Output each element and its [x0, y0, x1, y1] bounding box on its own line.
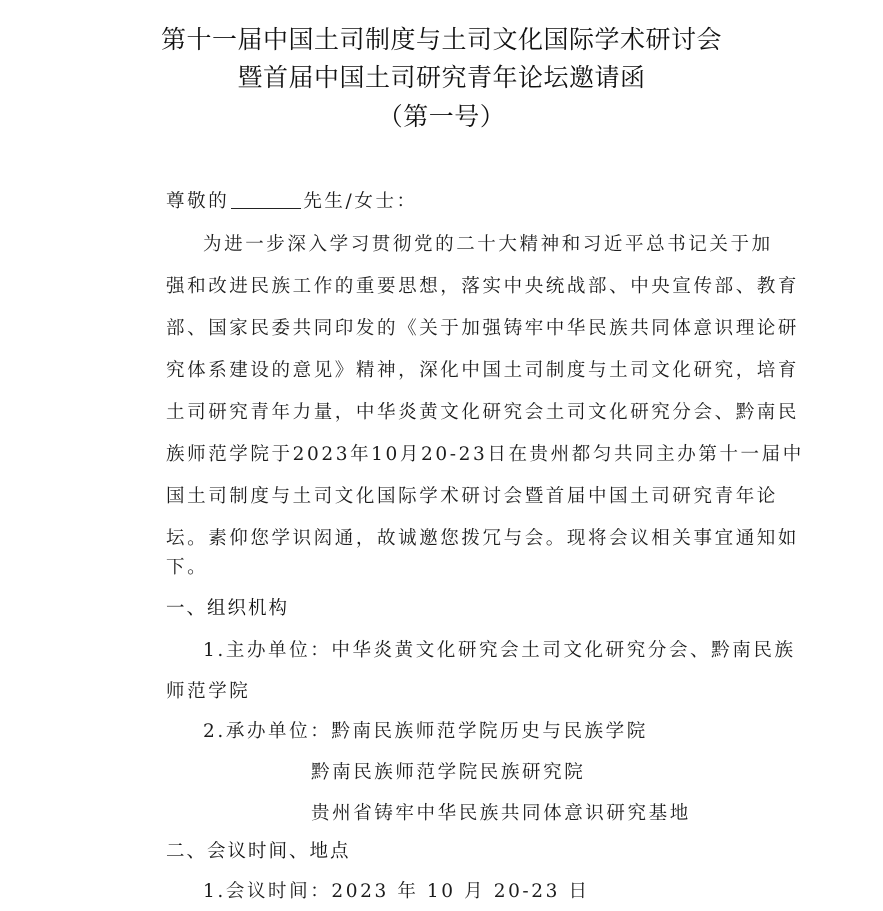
salutation: 尊敬的先生/女士：	[166, 187, 418, 213]
host-unit-line-2: 黔南民族师范学院民族研究院	[311, 758, 585, 784]
host-unit-line-3: 贵州省铸牢中华民族共同体意识研究基地	[311, 799, 691, 825]
title-line-2: 暨首届中国土司研究青年论坛邀请函	[0, 58, 883, 94]
salutation-prefix: 尊敬的	[166, 191, 229, 212]
intro-line: 部、国家民委共同印发的《关于加强铸牢中华民族共同体意识理论研	[166, 314, 799, 340]
intro-line: 为进一步深入学习贯彻党的二十大精神和习近平总书记关于加	[203, 230, 773, 256]
intro-line: 土司研究青年力量，中华炎黄文化研究会土司文化研究分会、黔南民	[166, 398, 799, 424]
title-line-3: （第一号）	[0, 97, 883, 133]
salutation-suffix: 先生/女士：	[303, 191, 417, 212]
intro-line: 强和改进民族工作的重要思想，落实中央统战部、中央宣传部、教育	[166, 272, 799, 298]
section-heading: 二、会议时间、地点	[166, 837, 351, 863]
intro-line: 族师范学院于2023年10月20-23日在贵州都匀共同主办第十一届中	[166, 440, 804, 466]
organizer-line-2: 师范学院	[166, 677, 250, 703]
section-heading: 一、组织机构	[166, 594, 289, 620]
intro-line: 究体系建设的意见》精神，深化中国土司制度与土司文化研究，培育	[166, 356, 799, 382]
title-line-1: 第十一届中国土司制度与土司文化国际学术研讨会	[0, 20, 883, 56]
intro-line: 坛。素仰您学识闳通，故诚邀您拨冗与会。现将会议相关事宜通知如	[166, 524, 799, 550]
name-blank-line	[231, 190, 301, 209]
organizer-line-1: 1.主办单位：中华炎黄文化研究会土司文化研究分会、黔南民族	[203, 636, 796, 662]
meeting-time-line: 1.会议时间：2023 年 10 月 20-23 日	[203, 877, 590, 903]
invitation-letter-page: 第十一届中国土司制度与土司文化国际学术研讨会 暨首届中国土司研究青年论坛邀请函 …	[0, 0, 883, 911]
intro-line: 国土司制度与土司文化国际学术研讨会暨首届中国土司研究青年论	[166, 482, 778, 508]
intro-line: 下。	[166, 553, 208, 579]
host-unit-line-1: 2.承办单位：黔南民族师范学院历史与民族学院	[203, 717, 648, 743]
